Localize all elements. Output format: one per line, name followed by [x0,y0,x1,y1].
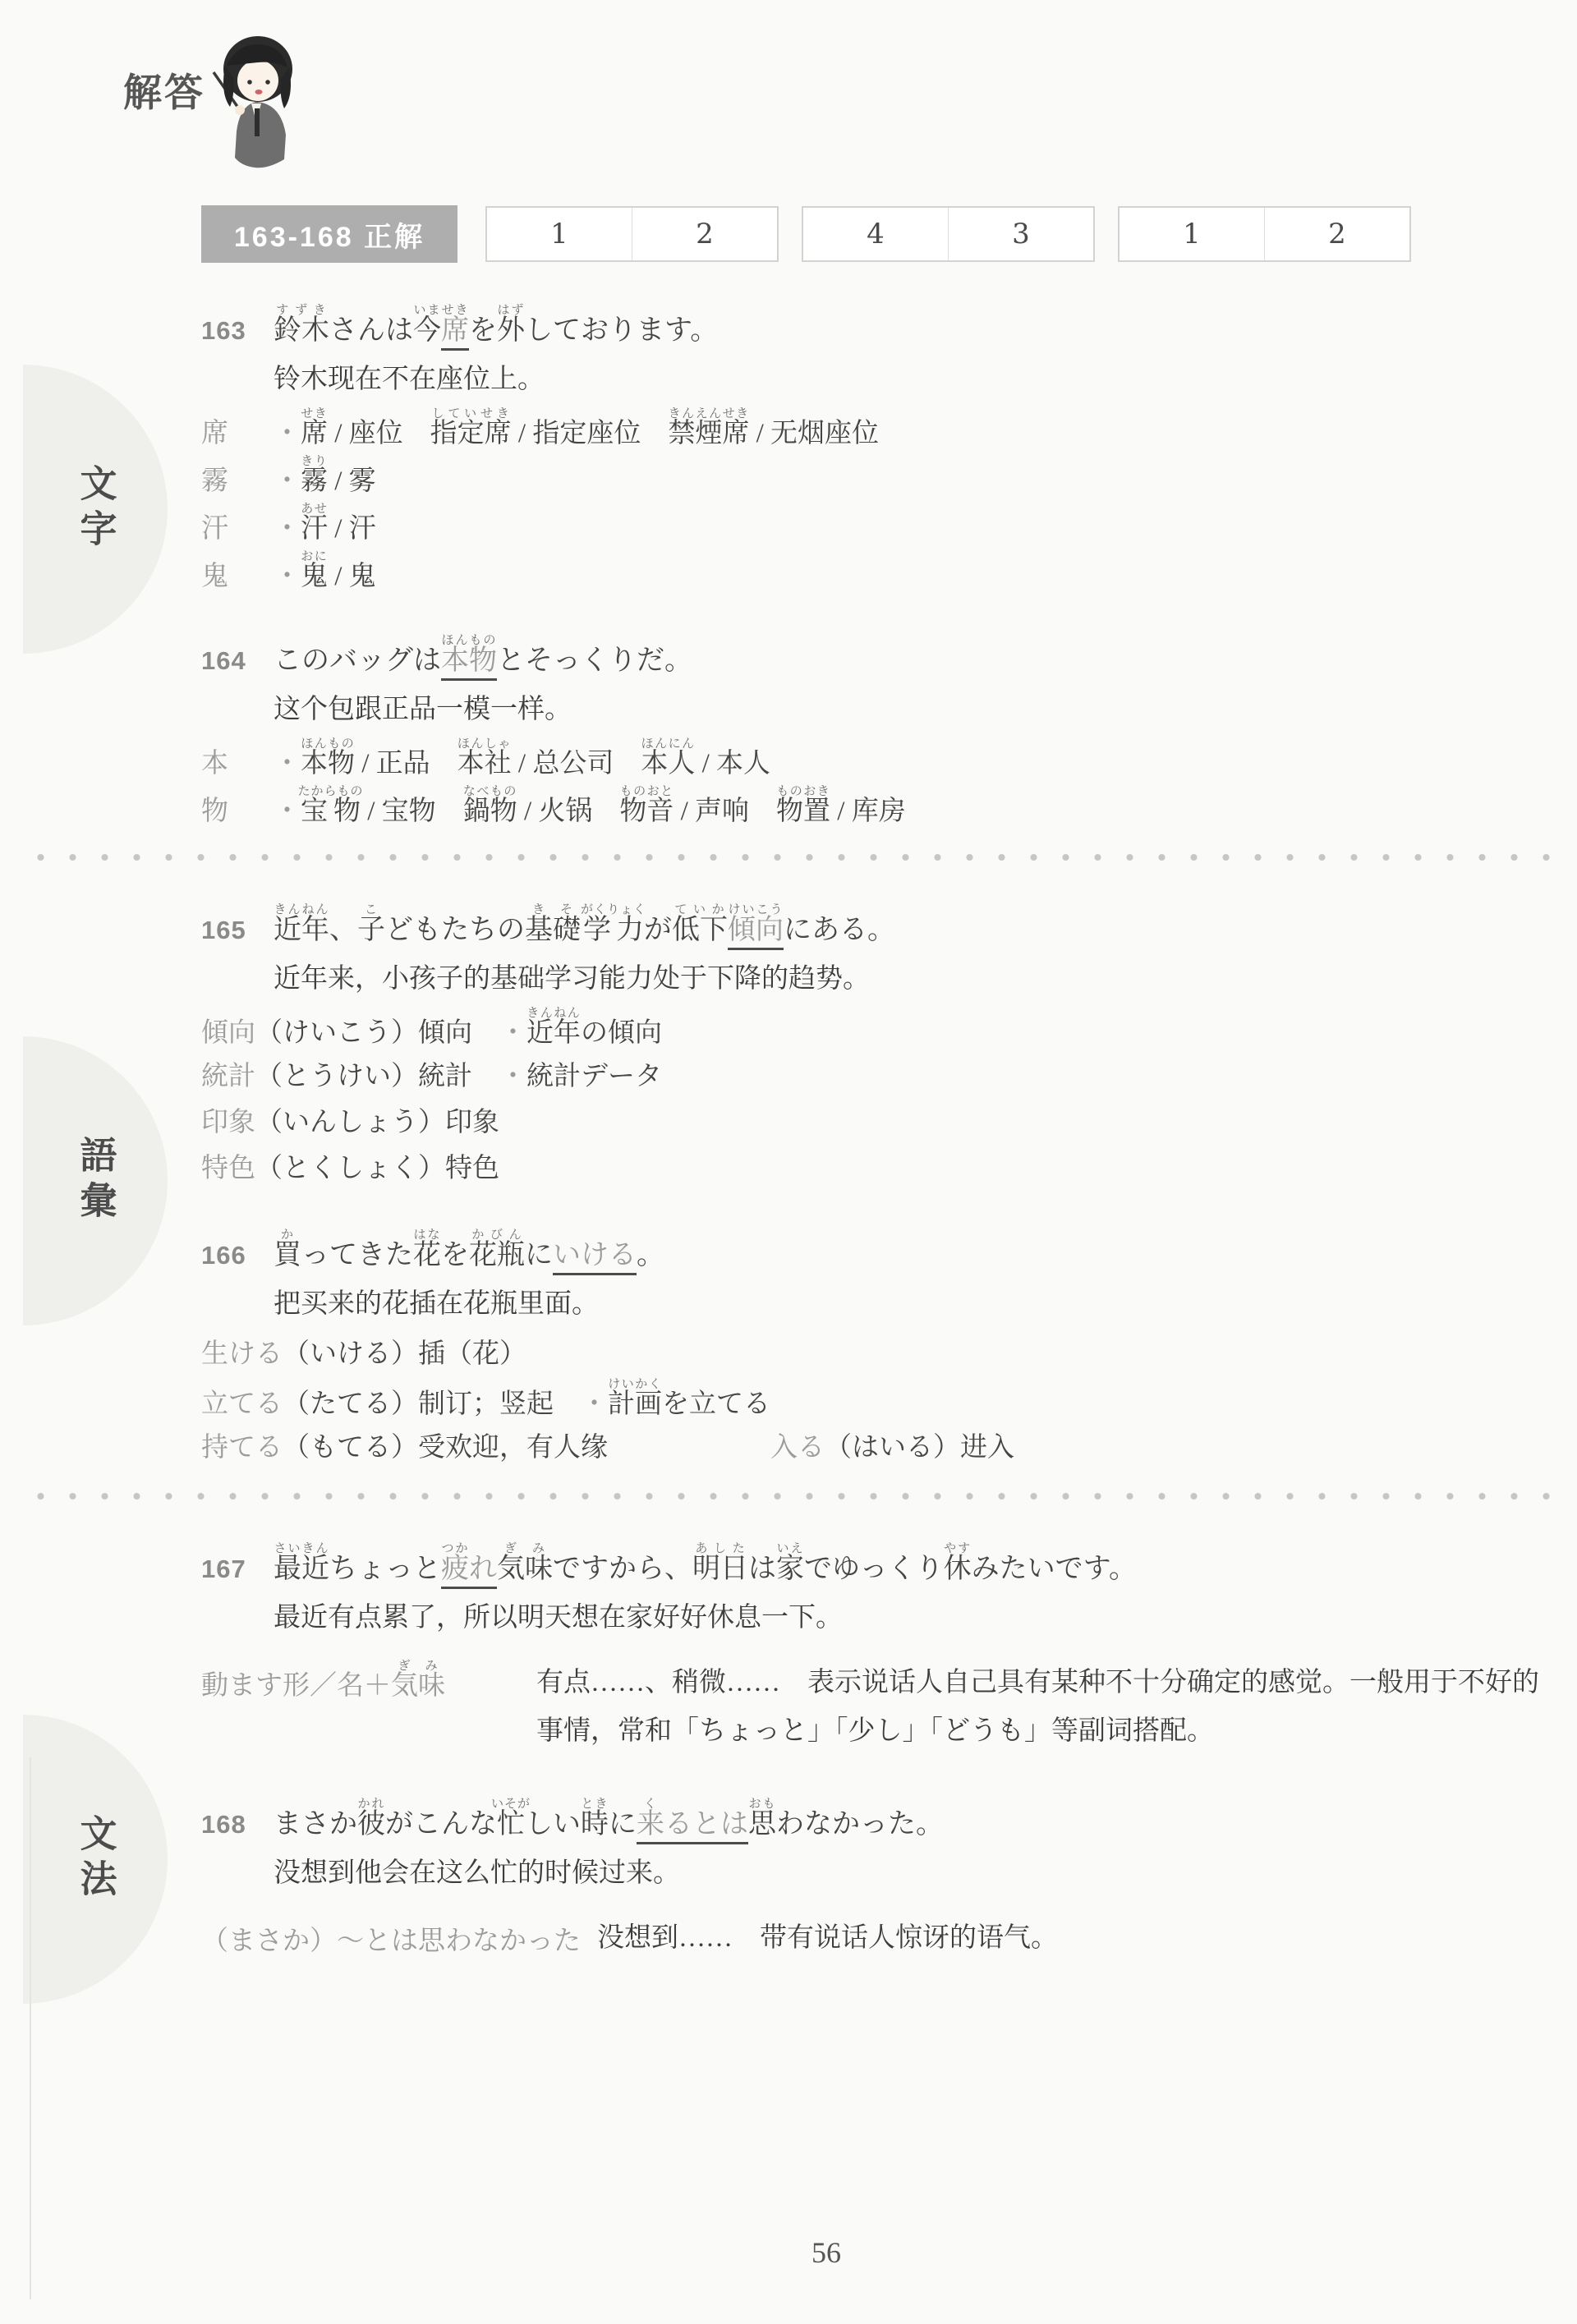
side-tab-label: 語彙 [69,1136,122,1226]
text-segment: ・ [274,562,301,591]
answer-group: 12 [485,206,779,262]
vocab-row-body: ・霧きり / 雾 [274,455,376,498]
text-segment: （はいる）进入 [825,1433,1014,1463]
ruby-text: 近年きんねん [274,915,329,945]
text-segment: / 总公司 [512,749,641,778]
ruby-text: 子こ [357,915,385,945]
text-segment: は [748,1554,776,1584]
text-segment: るとは [664,1809,748,1839]
text-segment: しい [525,1809,581,1839]
ruby-text: 指定席していせき [430,419,512,448]
ruby-text: 花瓶かびん [469,1240,525,1270]
ruby-text: 本社ほんしゃ [457,749,512,778]
text-segment: いける [553,1240,637,1270]
question-sentence-row: 165近年きんねん、子こどもたちの基礎きそ学力がくりょくが低下ていか傾向けいこう… [201,903,1561,947]
question-number: 164 [201,646,254,676]
underlined-answer-word: 疲つかれ [441,1554,497,1589]
ruby-text: 気味ぎみ [497,1554,553,1584]
text-segment: ですから、 [553,1554,692,1584]
question-translation: 最近有点累了，所以明天想在家好好休息一下。 [274,1596,1561,1634]
ruby-text: 忙いそが [497,1809,525,1839]
ruby-text: 最近さいきん [274,1554,329,1584]
underlined-answer-word: 席せき [441,315,469,351]
vocab-row: 立てる（たてる）制订；竖起 ・計画けいかくを立てる [201,1378,1561,1421]
ruby-text: 傾向けいこう [728,915,784,945]
vocab-row-body: 生ける（いける）插（花） [201,1332,526,1371]
text-segment: がこんな [385,1809,497,1839]
answer-cell: 3 [948,208,1093,260]
underlined-answer-word: 傾向けいこう [728,915,784,950]
answer-key-bar: 163-168 正解 124312 [201,205,1561,263]
grammar-explanation: 有点……、稍微…… 表示说话人自己具有某种不十分确定的感觉。一般用于不好的事情，… [536,1646,1561,1757]
vocab-row: 特色（とくしょく）特色 [201,1146,1561,1187]
text-segment: （とうけい）統計 [255,1062,499,1091]
question-number: 167 [201,1555,254,1584]
ruby-text: 鍋物なべもの [463,797,517,826]
vocab-head-kanji: 汗 [201,507,252,545]
text-segment: とそっくりだ。 [497,645,692,676]
text-segment: このバッグは [274,645,441,676]
text-segment: を [469,315,497,346]
text-segment: （けいこう）傾向 [255,1018,499,1048]
text-segment: / 鬼 [328,562,376,591]
text-segment: （いんしょう）印象 [255,1108,499,1137]
side-tab-goi: 語彙 [23,1036,168,1325]
ruby-text: 近年きんねん [526,1018,581,1048]
vocab-row: 席・席せき / 座位 指定席していせき / 指定座位 禁煙席きんえんせき / 无… [201,407,1561,450]
question-translation: 没想到他会在这么忙的时候过来。 [274,1851,1561,1890]
question-translation: 铃木现在不在座位上。 [274,357,1561,396]
vocab-row: 持てる（もてる）受欢迎，有人缘 入る（はいる）进入 [201,1426,1561,1467]
answer-group: 43 [802,206,1095,262]
vocab-row-body: 立てる（たてる）制订；竖起 ・計画けいかくを立てる [201,1378,770,1421]
ruby-text: 家いえ [776,1554,804,1584]
vocab-row: 汗・汗あせ / 汗 [201,503,1561,545]
vocab-row: 統計（とうけい）統計 ・統計データ [201,1054,1561,1095]
ruby-text: 宝物たからもの [301,797,361,826]
ruby-text: 霧きり [301,466,328,496]
text-segment: に [609,1809,637,1839]
text-segment: ってきた [301,1240,413,1270]
question-number: 166 [201,1241,254,1270]
grammar-pattern: （まさか）～とは思わなかった [201,1901,597,1958]
text-segment: / 库房 [830,797,906,826]
ruby-text: 席せき [441,315,469,346]
text-segment: れ [469,1554,497,1584]
ruby-text: 本人ほんにん [641,749,695,778]
dotted-divider [25,1491,1552,1501]
grammar-note: （まさか）～とは思わなかった没想到…… 带有说话人惊讶的语气。 [201,1901,1561,1963]
ruby-text: 来く [637,1809,664,1839]
vocab-row-body: ・本物ほんもの / 正品 本社ほんしゃ / 总公司 本人ほんにん / 本人 [274,737,770,780]
text-segment: ・ [274,749,301,778]
questions-list: 163鈴木すずきさんは今いま席せきを外はずしております。铃木现在不在座位上。席・… [201,304,1561,1963]
text-segment: / 声响 [674,797,776,826]
question-sentence-row: 168まさか彼かれがこんな忙いそがしい時ときに来くるとは思おもわなかった。 [201,1798,1561,1841]
vocab-head-kanji: 霧 [201,459,252,498]
text-segment: / 指定座位 [512,419,669,448]
ruby-text: 低下ていか [672,915,728,945]
side-tab-label: 文字 [69,464,122,554]
vocab-head-kanji: 鬼 [201,554,252,593]
vocab-row-body: ・宝物たからもの / 宝物 鍋物なべもの / 火锅 物音ものおと / 声响 物置… [274,785,906,828]
question-sentence: 鈴木すずきさんは今いま席せきを外はずしております。 [274,304,718,347]
text-segment: 、 [329,915,357,945]
vocab-head-kanji: 席 [201,411,252,450]
answer-cell: 1 [487,208,632,260]
question-sentence: このバッグは本物ほんものとそっくりだ。 [274,634,692,677]
text-segment: を立てる [662,1389,770,1419]
vocab-row: 物・宝物たからもの / 宝物 鍋物なべもの / 火锅 物音ものおと / 声响 物… [201,785,1561,828]
ruby-text: 時とき [581,1809,609,1839]
ruby-text: 今いま [413,315,441,346]
question-sentence-row: 163鈴木すずきさんは今いま席せきを外はずしております。 [201,304,1561,347]
answer-cell: 2 [632,208,777,260]
text-segment: 。 [637,1240,664,1270]
grammar-explanation: 没想到…… 带有说话人惊讶的语气。 [597,1901,1058,1963]
ruby-text: 花はな [413,1240,441,1270]
ruby-text: 彼かれ [357,1809,385,1839]
ruby-text: 席せき [301,419,328,448]
text-segment: にある。 [784,915,895,945]
vocab-head-kanji: 物 [201,789,252,828]
answer-cells: 124312 [485,206,1434,262]
text-segment: / 汗 [328,514,376,544]
vocab-row: 傾向（けいこう）傾向 ・近年きんねんの傾向 [201,1007,1561,1049]
ruby-text: 疲つか [441,1554,469,1584]
ruby-text: 鬼おに [301,562,328,591]
question-163: 163鈴木すずきさんは今いま席せきを外はずしております。铃木现在不在座位上。席・… [201,304,1561,593]
text-segment: / 座位 [328,419,430,448]
answer-cell: 4 [803,208,948,260]
question-number: 163 [201,316,254,346]
text-segment: / 无烟座位 [749,419,879,448]
question-translation: 这个包跟正品一模一样。 [274,687,1561,726]
vocab-row: 印象（いんしょう）印象 [201,1100,1561,1141]
vocab-row-body: 統計（とうけい）統計 ・統計データ [201,1054,662,1093]
text-segment: / 雾 [328,466,376,496]
question-sentence-row: 164このバッグは本物ほんものとそっくりだ。 [201,634,1561,677]
text-segment: / 本人 [695,749,770,778]
text-segment: 動ます形／名＋ [201,1671,391,1701]
question-number: 165 [201,916,254,945]
text-segment: 統計 [201,1062,255,1091]
text-segment: 生ける [201,1339,283,1369]
ruby-text: 学力がくりょく [581,915,644,945]
answer-cell: 2 [1264,208,1409,260]
ruby-text: 気味ぎみ [391,1671,445,1701]
ruby-text: 物置ものおき [776,797,830,826]
text-segment: / 火锅 [517,797,620,826]
vocab-row-body: ・汗あせ / 汗 [274,503,376,545]
text-segment: に [525,1240,553,1270]
vocab-row: 鬼・鬼おに / 鬼 [201,550,1561,593]
vocab-row-body: 特色（とくしょく）特色 [201,1146,499,1185]
ruby-text: 買か [274,1240,301,1270]
ruby-text: 禁煙席きんえんせき [668,419,749,448]
text-segment: ・ [581,1389,608,1419]
side-tab-moji: 文字 [23,365,168,654]
text-segment: 傾向 [201,1018,255,1048]
text-segment: （とくしょく）特色 [255,1154,499,1183]
text-segment: の傾向 [581,1018,662,1048]
question-sentence-row: 167最近さいきんちょっと疲つかれ気味ぎみですから、明日あしたは家いえでゆっくり… [201,1542,1561,1586]
question-165: 165近年きんねん、子こどもたちの基礎きそ学力がくりょくが低下ていか傾向けいこう… [201,903,1561,1187]
text-segment: みたいです。 [972,1554,1137,1584]
vocab-row-body: 持てる（もてる）受欢迎，有人缘 入る（はいる）进入 [201,1426,1014,1464]
main-content: 163-168 正解 124312 163鈴木すずきさんは今いま席せきを外はずし… [201,33,1561,1963]
text-segment: （もてる）受欢迎，有人缘 [283,1433,770,1463]
ruby-text: 基礎きそ [525,915,581,945]
text-segment: どもたちの [385,915,525,945]
text-segment: が [644,915,672,945]
text-segment: でゆっくり [804,1554,944,1584]
textbook-answer-page: 解答 163-168 正解 124312 163鈴木すずきさんは今いま席せきを外… [0,0,1577,2324]
question-164: 164このバッグは本物ほんものとそっくりだ。这个包跟正品一模一样。本・本物ほんも… [201,634,1561,828]
text-segment: しております。 [525,315,718,346]
text-segment: 立てる [201,1389,283,1419]
text-segment: わなかった。 [776,1809,944,1839]
text-segment: を [441,1240,469,1270]
text-segment: ちょっと [329,1554,441,1584]
question-168: 168まさか彼かれがこんな忙いそがしい時ときに来くるとは思おもわなかった。没想到… [201,1798,1561,1963]
text-segment: / 正品 [355,749,457,778]
question-sentence-row: 166買かってきた花はなを花瓶かびんにいける。 [201,1229,1561,1272]
question-167: 167最近さいきんちょっと疲つかれ気味ぎみですから、明日あしたは家いえでゆっくり… [201,1542,1561,1757]
text-segment: ・ [274,797,301,826]
text-segment: 統計データ [526,1062,662,1091]
text-segment: 入る [770,1433,825,1463]
vocab-row-body: 傾向（けいこう）傾向 ・近年きんねんの傾向 [201,1007,662,1049]
question-sentence: 買かってきた花はなを花瓶かびんにいける。 [274,1229,664,1272]
text-segment: （たてる）制订；竖起 [283,1389,581,1419]
underlined-answer-word: 本物ほんもの [441,645,497,681]
text-segment: / 宝物 [361,797,463,826]
ruby-text: 鈴木すずき [274,315,329,346]
vocab-row-body: ・席せき / 座位 指定席していせき / 指定座位 禁煙席きんえんせき / 无烟… [274,407,879,450]
text-segment: 持てる [201,1433,283,1463]
text-segment: 印象 [201,1108,255,1137]
vocab-row: 本・本物ほんもの / 正品 本社ほんしゃ / 总公司 本人ほんにん / 本人 [201,737,1561,780]
question-translation: 把买来的花插在花瓶里面。 [274,1282,1561,1320]
text-segment: ・ [274,514,301,544]
vocab-row: 霧・霧きり / 雾 [201,455,1561,498]
question-sentence: まさか彼かれがこんな忙いそがしい時ときに来くるとは思おもわなかった。 [274,1798,944,1841]
ruby-text: 思おも [748,1809,776,1839]
page-gutter-line [30,1757,31,2299]
question-translation: 近年来，小孩子的基础学习能力处于下降的趋势。 [274,957,1561,995]
ruby-text: 汗あせ [301,514,328,544]
text-segment: さんは [329,315,413,346]
ruby-text: 外はず [497,315,525,346]
ruby-text: 本物ほんもの [441,645,497,676]
vocab-row-body: ・鬼おに / 鬼 [274,550,376,593]
ruby-text: 計画けいかく [608,1389,662,1419]
text-segment: ・ [499,1018,526,1048]
vocab-head-kanji: 本 [201,742,252,780]
text-segment: ・ [274,466,301,496]
grammar-pattern: 動ます形／名＋気味ぎみ [201,1646,536,1702]
question-sentence: 最近さいきんちょっと疲つかれ気味ぎみですから、明日あしたは家いえでゆっくり休やす… [274,1542,1137,1586]
side-tab-bunpou: 文法 [23,1715,168,2004]
text-segment: 特色 [201,1154,255,1183]
grammar-note: 動ます形／名＋気味ぎみ有点……、稍微…… 表示说话人自己具有某种不十分确定的感觉… [201,1646,1561,1757]
dotted-divider [25,852,1552,862]
text-segment: （いける）插（花） [283,1339,526,1369]
ruby-text: 明日あした [692,1554,748,1584]
vocab-row: 生ける（いける）插（花） [201,1332,1561,1373]
text-segment: まさか [274,1809,357,1839]
side-tab-label: 文法 [69,1814,122,1904]
ruby-text: 物音ものおと [619,797,674,826]
text-segment: ・ [499,1062,526,1091]
answer-cell: 1 [1120,208,1264,260]
question-166: 166買かってきた花はなを花瓶かびんにいける。把买来的花插在花瓶里面。生ける（い… [201,1229,1561,1467]
question-sentence: 近年きんねん、子こどもたちの基礎きそ学力がくりょくが低下ていか傾向けいこうにある… [274,903,895,947]
underlined-answer-word: 来くるとは [637,1809,748,1844]
answer-range-label: 163-168 正解 [201,205,457,263]
answer-group: 12 [1118,206,1411,262]
underlined-answer-word: いける [553,1240,637,1275]
ruby-text: 休やす [944,1554,972,1584]
question-number: 168 [201,1810,254,1839]
text-segment: （まさか）～とは思わなかった [201,1927,581,1956]
section-title: 解答 [123,62,205,117]
page-number: 56 [811,2235,841,2270]
vocab-row-body: 印象（いんしょう）印象 [201,1100,499,1139]
text-segment: ・ [274,419,301,448]
ruby-text: 本物ほんもの [301,749,355,778]
